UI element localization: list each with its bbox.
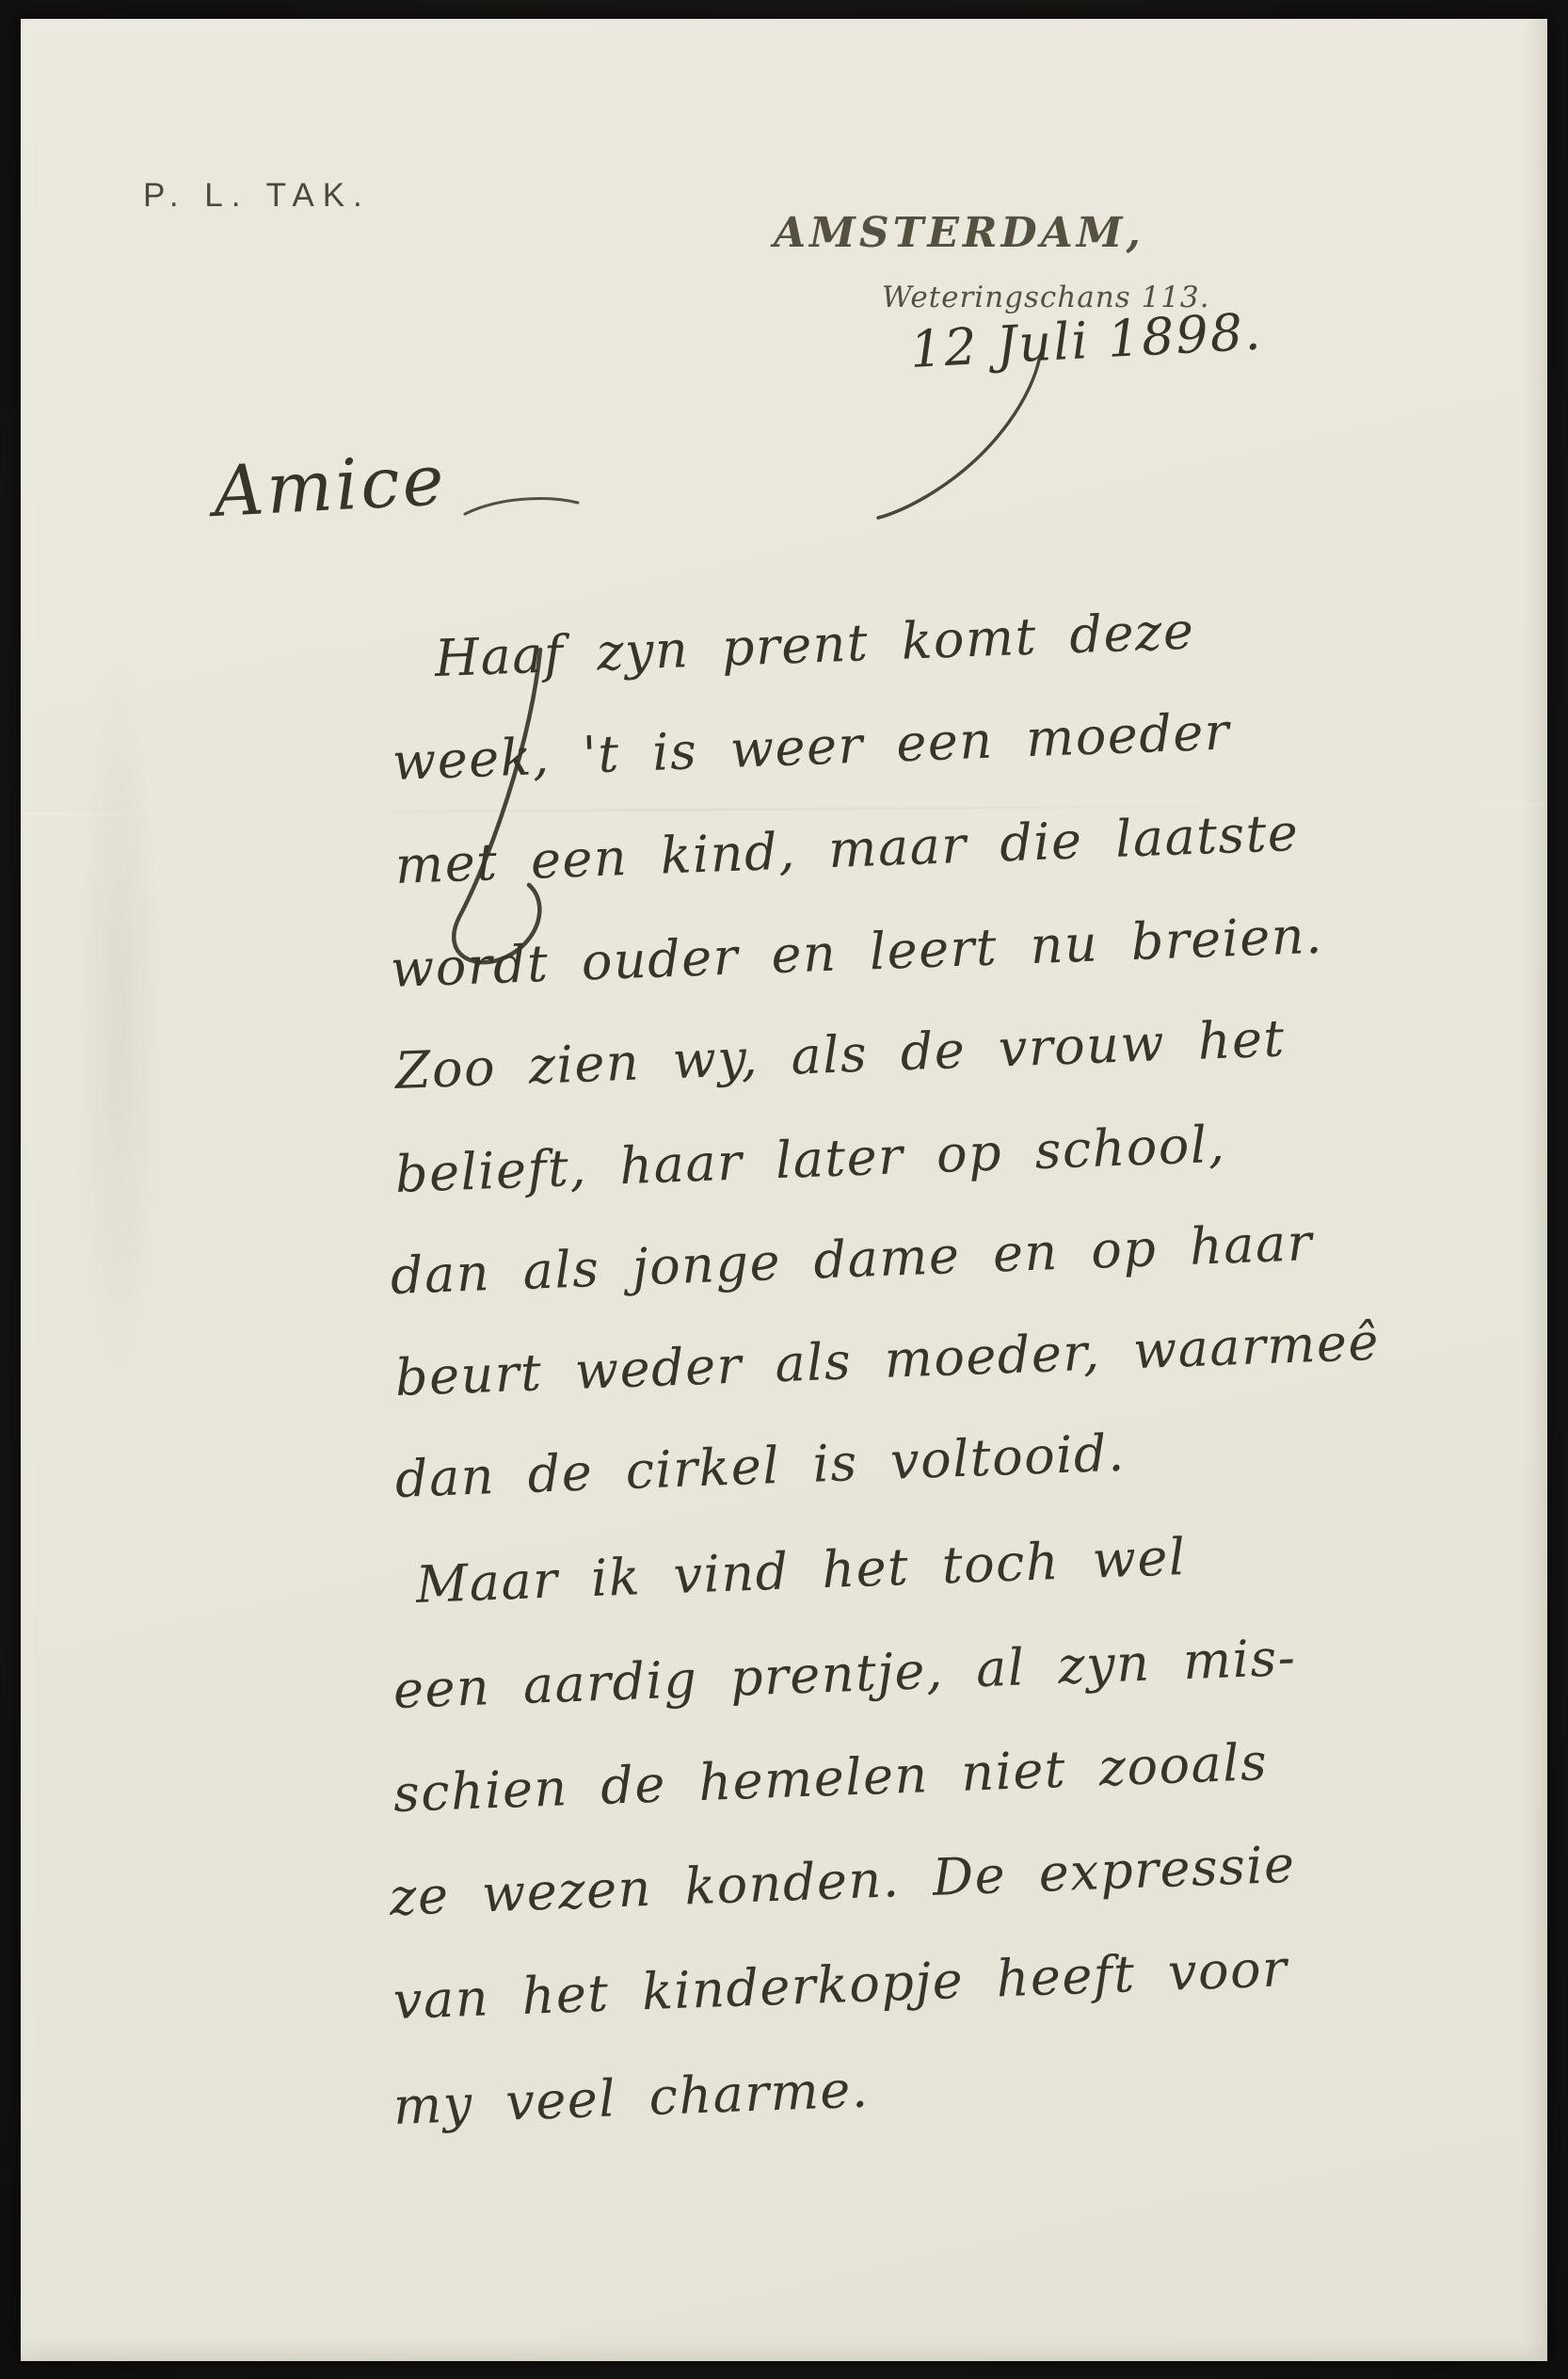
letterhead-sender: P. L. TAK. bbox=[143, 177, 371, 215]
ink-bleedthrough-smudge bbox=[77, 659, 162, 1374]
handwritten-line: ze wezen konden. De expressie bbox=[389, 1835, 1297, 1927]
handwritten-line: een aardig prentje, al zyn mis- bbox=[392, 1628, 1298, 1720]
paper-fold-crease bbox=[21, 803, 1547, 815]
handwritten-line: schien de hemelen niet zooals bbox=[392, 1732, 1269, 1824]
handwritten-line: Maar ik vind het toch wel bbox=[415, 1527, 1188, 1615]
salutation-flourish bbox=[461, 488, 584, 525]
handwritten-line: beurt weder als moeder, waarmeê bbox=[394, 1312, 1381, 1407]
handwritten-line: week, 't is weer een moeder bbox=[392, 701, 1231, 792]
handwritten-line: wordt ouder en leert nu breien. bbox=[390, 906, 1324, 999]
handwritten-line: van het kinderkopje heeft voor bbox=[392, 1938, 1289, 2031]
handwritten-line: met een kind, maar die laatste bbox=[394, 803, 1300, 895]
letter-page: P. L. TAK. AMSTERDAM, Weteringschans 113… bbox=[21, 19, 1547, 2361]
salutation: Amice bbox=[212, 440, 449, 533]
handwritten-line: belieft, haar later op school, bbox=[394, 1115, 1226, 1204]
handwritten-line: dan de cirkel is voltooid. bbox=[394, 1423, 1127, 1509]
handwritten-line: Zoo zien wy, als de vrouw het bbox=[394, 1008, 1287, 1101]
handwritten-line: Haaf zyn prent komt deze bbox=[434, 601, 1196, 688]
scan-background: P. L. TAK. AMSTERDAM, Weteringschans 113… bbox=[0, 0, 1568, 2379]
handwritten-line: my veel charme. bbox=[392, 2059, 871, 2135]
handwritten-line: dan als jonge dame en op haar bbox=[390, 1213, 1314, 1306]
letterhead-city: AMSTERDAM, bbox=[774, 209, 1144, 257]
